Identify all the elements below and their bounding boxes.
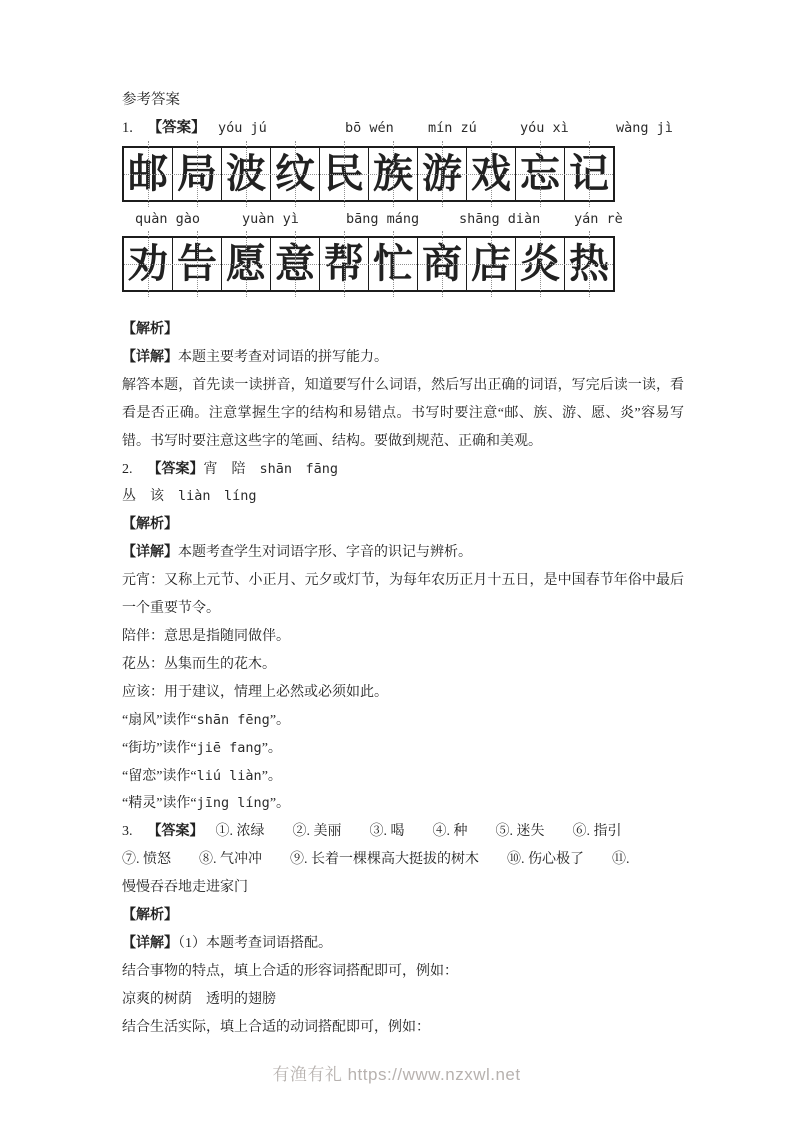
q1-detail-line: 【详解】本题主要考查对词语的拼写能力。 bbox=[122, 344, 684, 372]
detail-label: 【详解】 bbox=[122, 545, 178, 560]
question-number: 3. bbox=[122, 818, 144, 846]
grid-cell: 局 bbox=[172, 148, 221, 200]
answer-chars: 宵 陪 bbox=[204, 462, 260, 477]
pinyin-item: bō wén bbox=[345, 114, 394, 142]
grid-cell: 热 bbox=[564, 238, 613, 290]
reading-pre: “街坊”读作“ bbox=[122, 741, 197, 756]
q3-detail-line: 【详解】（1）本题考查词语搭配。 bbox=[122, 930, 684, 958]
note-line: 凉爽的树荫 透明的翅膀 bbox=[122, 986, 684, 1014]
reading-post: ”。 bbox=[262, 769, 282, 784]
grid-cell: 游 bbox=[417, 148, 466, 200]
analysis-label: 【解析】 bbox=[122, 908, 178, 923]
answer-label: 【答案】 bbox=[148, 462, 204, 477]
reading-post: ”。 bbox=[270, 713, 290, 728]
grid-cell: 纹 bbox=[270, 148, 319, 200]
definition-line: 陪伴：意思是指随同做伴。 bbox=[122, 623, 684, 651]
grid-cell: 邮 bbox=[124, 148, 172, 200]
grid-cell: 忘 bbox=[515, 148, 564, 200]
answer-label: 【答案】 bbox=[148, 120, 206, 136]
q2-analysis-line: 【解析】 bbox=[122, 511, 684, 539]
reading-post: ”。 bbox=[262, 741, 282, 756]
definition-line: 元宵：又称上元节、小正月、元夕或灯节，为每年农历正月十五日，是中国春节年俗中最后… bbox=[122, 567, 684, 623]
doc-title: 参考答案 bbox=[122, 86, 684, 114]
analysis-label: 【解析】 bbox=[122, 517, 178, 532]
pinyin-item: quàn gào bbox=[135, 204, 200, 234]
reading-line: “扇风”读作“shān fēng”。 bbox=[122, 707, 684, 735]
writing-grid-top: 邮 局 波 纹 民 族 游 戏 忘 记 bbox=[122, 146, 615, 202]
grid-cell: 劝 bbox=[124, 238, 172, 290]
answer-sheet-page: 参考答案 1. 【答案】 yóu jú bō wén mín zú yóu xì… bbox=[0, 0, 793, 1122]
q2-answer-line-1: 2. 【答案】宵 陪 shān fāng bbox=[122, 456, 684, 484]
reading-pre: “精灵”读作“ bbox=[122, 796, 197, 811]
analysis-label: 【解析】 bbox=[122, 322, 178, 337]
pinyin-text: shān fāng bbox=[260, 461, 339, 477]
reading-pre: “扇风”读作“ bbox=[122, 713, 197, 728]
grid-cell: 族 bbox=[368, 148, 417, 200]
q1-answer-row: 1. 【答案】 yóu jú bō wén mín zú yóu xì wàng… bbox=[122, 114, 684, 142]
reading-post: ”。 bbox=[270, 796, 290, 811]
pinyin-item: shāng diàn bbox=[459, 204, 540, 234]
question-number: 2. bbox=[122, 456, 144, 484]
detail-text: 本题考查学生对词语字形、字音的识记与辨析。 bbox=[178, 545, 472, 560]
grid-cell: 帮 bbox=[319, 238, 368, 290]
pinyin-text: liú liàn bbox=[197, 768, 262, 784]
detail-text: （1）本题考查词语搭配。 bbox=[178, 936, 332, 951]
q3-answer-line-3: 慢慢吞吞地走进家门 bbox=[122, 874, 684, 902]
grid-cell: 波 bbox=[221, 148, 270, 200]
grid-cell: 愿 bbox=[221, 238, 270, 290]
note-line: 结合事物的特点，填上合适的形容词搭配即可，例如： bbox=[122, 958, 684, 986]
explanations-block: 【解析】 【详解】本题主要考查对词语的拼写能力。 解答本题，首先读一读拼音，知道… bbox=[122, 316, 684, 1042]
pinyin-item: wàng jì bbox=[616, 114, 673, 142]
grid-cell: 告 bbox=[172, 238, 221, 290]
q3-answer-line-2: ⑦. 愤怒 ⑧. 气冲冲 ⑨. 长着一棵棵高大挺拔的树木 ⑩. 伤心极了 ⑪. bbox=[122, 846, 684, 874]
note-line: 结合生活实际，填上合适的动词搭配即可，例如： bbox=[122, 1014, 684, 1042]
q2-detail-line: 【详解】本题考查学生对词语字形、字音的识记与辨析。 bbox=[122, 539, 684, 567]
pinyin-item: yán rè bbox=[574, 204, 623, 234]
reading-line: “留恋”读作“liú liàn”。 bbox=[122, 763, 684, 791]
q3-answer-line-1: 3. 【答案】①. 浓绿 ②. 美丽 ③. 喝 ④. 种 ⑤. 迷失 ⑥. 指引 bbox=[122, 818, 684, 846]
grid-cell: 店 bbox=[466, 238, 515, 290]
pinyin-item: mín zú bbox=[428, 114, 477, 142]
reading-pre: “留恋”读作“ bbox=[122, 769, 197, 784]
q2-answer-line-2: 丛 该 liàn líng bbox=[122, 483, 684, 511]
detail-label: 【详解】 bbox=[122, 350, 178, 365]
question-number: 1. bbox=[122, 114, 144, 142]
grid-cell: 忙 bbox=[368, 238, 417, 290]
grid-cell: 商 bbox=[417, 238, 466, 290]
pinyin-item: yóu xì bbox=[520, 114, 569, 142]
pinyin-item: yóu jú bbox=[218, 114, 267, 142]
grid-cell: 记 bbox=[564, 148, 613, 200]
pinyin-text: shān fēng bbox=[197, 712, 270, 728]
footer-watermark: 有渔有礼 https://www.nzxwl.net bbox=[0, 1060, 793, 1085]
answer-chars: 丛 该 bbox=[122, 489, 178, 504]
pinyin-item: yuàn yì bbox=[242, 204, 299, 234]
definition-line: 应该：用于建议，情理上必然或必须如此。 bbox=[122, 679, 684, 707]
writing-grid-bottom: 劝 告 愿 意 帮 忙 商 店 炎 热 bbox=[122, 236, 615, 292]
q1-pinyin-row-bottom: quàn gào yuàn yì bāng máng shāng diàn yá… bbox=[122, 204, 684, 234]
detail-label: 【详解】 bbox=[122, 936, 178, 951]
q1-detail-paragraph: 解答本题，首先读一读拼音，知道要写什么词语，然后写出正确的词语，写完后读一读，看… bbox=[122, 372, 684, 456]
pinyin-text: jiē fang bbox=[197, 740, 262, 756]
grid-cell: 民 bbox=[319, 148, 368, 200]
document-content: 参考答案 1. 【答案】 yóu jú bō wén mín zú yóu xì… bbox=[122, 0, 684, 1042]
q3-analysis-line: 【解析】 bbox=[122, 902, 684, 930]
answer-items: ①. 浓绿 ②. 美丽 ③. 喝 ④. 种 ⑤. 迷失 ⑥. 指引 bbox=[204, 824, 622, 839]
pinyin-item: bāng máng bbox=[346, 204, 419, 234]
pinyin-text: jīng líng bbox=[197, 795, 270, 811]
reading-line: “街坊”读作“jiē fang”。 bbox=[122, 735, 684, 763]
answer-label: 【答案】 bbox=[148, 824, 204, 839]
definition-line: 花丛：丛集而生的花木。 bbox=[122, 651, 684, 679]
pinyin-text: liàn líng bbox=[178, 488, 257, 504]
grid-cell: 意 bbox=[270, 238, 319, 290]
grid-cell: 炎 bbox=[515, 238, 564, 290]
q1-analysis-line: 【解析】 bbox=[122, 316, 684, 344]
grid-cell: 戏 bbox=[466, 148, 515, 200]
reading-line: “精灵”读作“jīng líng”。 bbox=[122, 790, 684, 818]
detail-text: 本题主要考查对词语的拼写能力。 bbox=[178, 350, 388, 365]
